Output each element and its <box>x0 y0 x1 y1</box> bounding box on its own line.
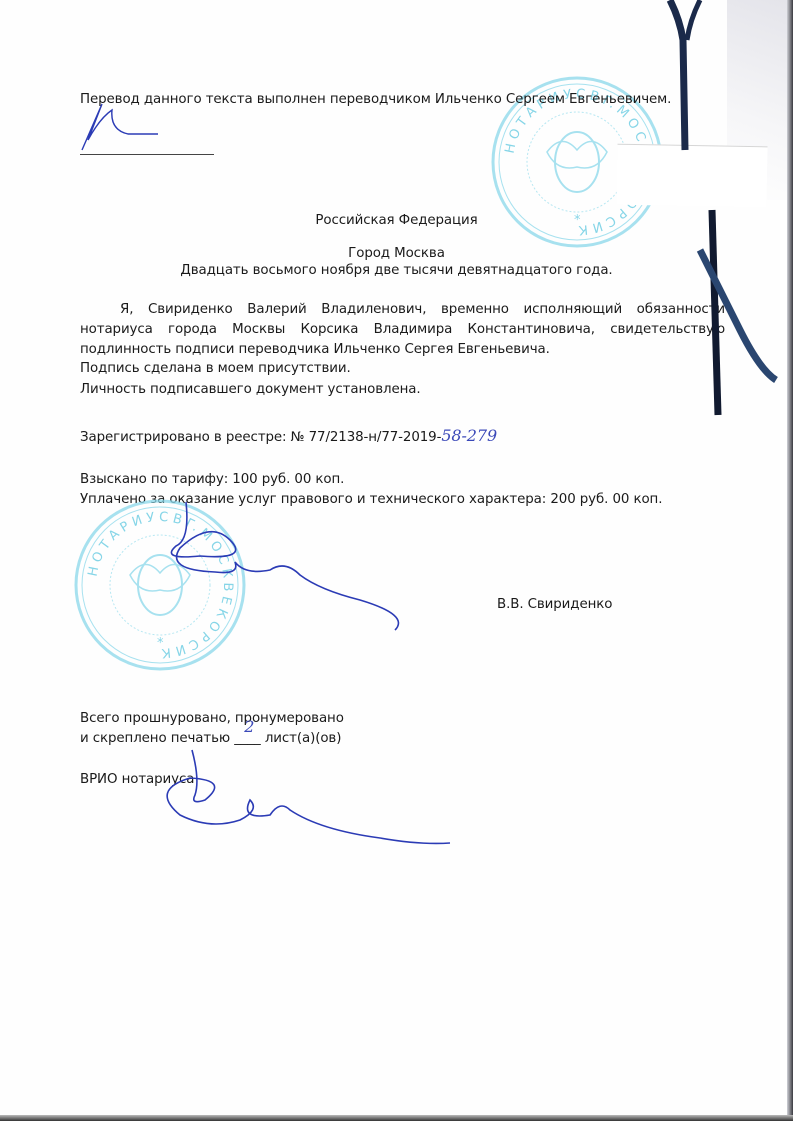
paper-edge-bottom <box>0 1115 793 1121</box>
binding-cord <box>0 0 793 1121</box>
paper-edge-right <box>787 0 793 1121</box>
document-page: Н О Т А Р И У С В Г. М О С К В Е К О Р С… <box>0 0 793 1121</box>
